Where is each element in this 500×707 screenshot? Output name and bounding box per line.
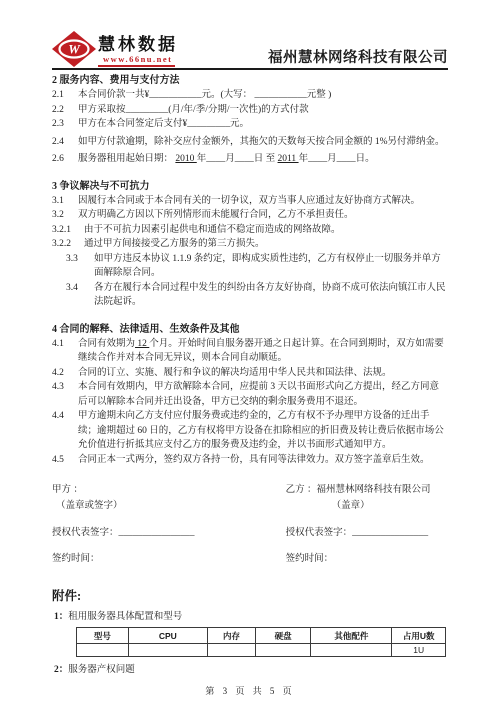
company-logo: W 慧林数据 www.66nu.net xyxy=(52,31,178,67)
clause-number: 3.4 xyxy=(66,281,94,310)
cell-memory xyxy=(207,644,255,657)
clause-text: 甲方逾期未向乙方支付应付服务费或违约金的，乙方有权不予办理甲方设备的迁出手续；逾… xyxy=(78,409,448,453)
cell-cpu xyxy=(128,644,207,657)
clause-text: 合同有效期为 12 个月。开始时间自服务器开通之日起计算。在合同到期时，双方如需… xyxy=(78,337,448,366)
clause-4-2: 4.2 合同的订立、实施、履行和争议的解决均适用中华人民共和国法律、法规。 xyxy=(52,366,448,381)
attachments-section: 附件: 1： 租用服务器具体配置和型号 型号 CPU 内存 硬盘 其他配件 占用… xyxy=(52,588,448,677)
clause-2-6: 2.6 服务器租用起始日期： 2010 年____月____日 至 2011 年… xyxy=(52,152,448,167)
section-legal: 4 合同的解释、法律适用、生效条件及其他 4.1 合同有效期为 12 个月。开始… xyxy=(52,322,448,468)
section-heading: 4 合同的解释、法律适用、生效条件及其他 xyxy=(52,322,448,337)
clause-2-4: 2.4 如甲方付款逾期，除补交应付金额外，其拖欠的天数每天按合同金额的 1%另付… xyxy=(52,135,448,150)
attachment-text: 服务器产权问题 xyxy=(68,663,135,677)
party-b-signature-line: 授权代表签字：________________ xyxy=(286,526,448,540)
clause-number: 2.1 xyxy=(52,88,78,103)
clause-2-3: 2.3 甲方在本合同签定后支付¥_________元。 xyxy=(52,117,448,132)
company-name: 福州慧林网络科技有限公司 xyxy=(268,49,448,67)
attachment-item-2: 2： 服务器产权问题 xyxy=(52,663,448,677)
clause-2-1: 2.1 本合同价款一共¥___________元。(大写： __________… xyxy=(52,88,448,103)
attachment-text: 租用服务器具体配置和型号 xyxy=(68,610,182,624)
clause-number: 3.2 xyxy=(52,208,78,223)
col-other-parts: 其他配件 xyxy=(311,628,392,644)
clause-2-2: 2.2 甲方采取按_________(月/年/季/分期/一次性)的方式付款 xyxy=(52,103,448,118)
clause-text: 如甲方违反本协议 1.1.9 条约定，即构成实质性违约，乙方有权停止一切服务并单… xyxy=(94,252,448,281)
logo-letter: W xyxy=(68,42,81,57)
section-disputes: 3 争议解决与不可抗力 3.1 因履行本合同或于本合同有关的一切争议，双方当事人… xyxy=(52,179,448,310)
term-months-field: 12 xyxy=(135,339,149,349)
party-a-seal-note: （盖章或签字） xyxy=(52,499,286,513)
clause-number: 2.2 xyxy=(52,103,78,118)
clause-number: 4.5 xyxy=(52,453,78,468)
party-b-column: 乙方 ：福州慧林网络科技有限公司 （盖章） 授权代表签字：___________… xyxy=(286,483,448,566)
clause-4-1: 4.1 合同有效期为 12 个月。开始时间自服务器开通之日起计算。在合同到期时，… xyxy=(52,337,448,366)
clause-3-3: 3.3 如甲方违反本协议 1.1.9 条约定，即构成实质性违约，乙方有权停止一切… xyxy=(52,252,448,281)
clause-3-2: 3.2 双方明确乙方因以下所列情形而未能履行合同，乙方不承担责任。 xyxy=(52,208,448,223)
party-a-column: 甲方 ： （盖章或签字） 授权代表签字：________________ 签约时… xyxy=(52,483,286,566)
party-b-date-line: 签约时间： xyxy=(286,552,448,566)
clause-number: 3.2.1 xyxy=(52,223,84,238)
col-cpu: CPU xyxy=(128,628,207,644)
attachments-title: 附件: xyxy=(52,588,448,604)
clause-text: 因履行本合同或于本合同有关的一切争议，双方当事人应通过友好协商方式解决。 xyxy=(78,194,448,209)
clause-3-2-1: 3.2.1 由于不可抗力因素引起供电和通信不稳定而造成的网络故障。 xyxy=(52,223,448,238)
clause-number: 3.3 xyxy=(66,252,94,281)
clause-text: 如甲方付款逾期，除补交应付金额外，其拖欠的天数每天按合同金额的 1%另付滞纳金。 xyxy=(78,135,448,150)
clause-3-4: 3.4 各方在履行本合同过程中发生的纠纷由各方友好协商，协商不成可依法向镇江市人… xyxy=(52,281,448,310)
clause-text: 服务器租用起始日期： 2010 年____月____日 至 2011 年____… xyxy=(78,152,448,167)
clause-text: 合同正本一式两分，签约双方各持一份，具有同等法律效力。双方签字盖章后生效。 xyxy=(78,453,448,468)
clause-number: 3.2.2 xyxy=(52,237,84,252)
table-row: 1U xyxy=(77,644,446,657)
col-memory: 内存 xyxy=(207,628,255,644)
logo-diamond-icon: W xyxy=(52,31,96,67)
section-payment: 2 服务内容、费用与支付方法 2.1 本合同价款一共¥___________元。… xyxy=(52,73,448,167)
clause-number: 2.4 xyxy=(52,135,78,150)
clause-text: 通过甲方间接接受乙方服务的第三方损失。 xyxy=(84,237,448,252)
clause-text: 本合同价款一共¥___________元。(大写： ___________元整 … xyxy=(78,88,448,103)
clause-number: 4.2 xyxy=(52,366,78,381)
logo-text: 慧林数据 www.66nu.net xyxy=(98,35,178,67)
cell-u-count: 1U xyxy=(392,644,446,657)
clause-text: 本合同有效期内，甲方欲解除本合同，应提前 3 天以书面形式向乙方提出，经乙方同意… xyxy=(78,380,448,409)
party-b-seal-note: （盖章） xyxy=(286,499,448,513)
clause-number: 4.4 xyxy=(52,409,78,453)
clause-number: 4.3 xyxy=(52,380,78,409)
party-a-date-line: 签约时间： xyxy=(52,552,286,566)
col-model: 型号 xyxy=(77,628,129,644)
page-header: W 慧林数据 www.66nu.net 福州慧林网络科技有限公司 xyxy=(52,24,448,70)
page-number: 第 3 页 共 5 页 xyxy=(52,685,448,698)
clause-3-2-2: 3.2.2 通过甲方间接接受乙方服务的第三方损失。 xyxy=(52,237,448,252)
clause-4-4: 4.4 甲方逾期未向乙方支付应付服务费或违约金的，乙方有权不予办理甲方设备的迁出… xyxy=(52,409,448,453)
attachment-number: 2： xyxy=(52,663,68,677)
col-u-count: 占用U数 xyxy=(392,628,446,644)
signature-block: 甲方 ： （盖章或签字） 授权代表签字：________________ 签约时… xyxy=(52,483,448,566)
clause-text: 由于不可抗力因素引起供电和通信不稳定而造成的网络故障。 xyxy=(84,223,448,238)
cell-other-parts xyxy=(311,644,392,657)
section-heading: 3 争议解决与不可抗力 xyxy=(52,179,448,194)
clause-number: 4.1 xyxy=(52,337,78,366)
clause-number: 3.1 xyxy=(52,194,78,209)
cell-model xyxy=(77,644,129,657)
clause-text: 甲方采取按_________(月/年/季/分期/一次性)的方式付款 xyxy=(78,103,448,118)
party-a-signature-line: 授权代表签字：________________ xyxy=(52,526,286,540)
cell-disk xyxy=(255,644,310,657)
clause-number: 2.6 xyxy=(52,152,78,167)
clause-3-1: 3.1 因履行本合同或于本合同有关的一切争议，双方当事人应通过友好协商方式解决。 xyxy=(52,194,448,209)
clause-text: 合同的订立、实施、履行和争议的解决均适用中华人民共和国法律、法规。 xyxy=(78,366,448,381)
contract-page: W 慧林数据 www.66nu.net 福州慧林网络科技有限公司 2 服务内容、… xyxy=(0,0,500,707)
section-heading: 2 服务内容、费用与支付方法 xyxy=(52,73,448,88)
clause-number: 2.3 xyxy=(52,117,78,132)
attachment-number: 1： xyxy=(52,610,68,624)
attachment-item-1: 1： 租用服务器具体配置和型号 xyxy=(52,610,448,624)
brand-url: www.66nu.net xyxy=(98,54,175,67)
party-a-label: 甲方 ： xyxy=(52,483,286,497)
year-start-field: 2010 xyxy=(175,154,196,164)
clause-text: 双方明确乙方因以下所列情形而未能履行合同，乙方不承担责任。 xyxy=(78,208,448,223)
table-header-row: 型号 CPU 内存 硬盘 其他配件 占用U数 xyxy=(77,628,446,644)
brand-name: 慧林数据 xyxy=(98,35,178,54)
clause-text: 甲方在本合同签定后支付¥_________元。 xyxy=(78,117,448,132)
clause-text: 各方在履行本合同过程中发生的纠纷由各方友好协商，协商不成可依法向镇江市人民法院起… xyxy=(94,281,448,310)
server-config-table: 型号 CPU 内存 硬盘 其他配件 占用U数 1U xyxy=(76,627,446,657)
col-disk: 硬盘 xyxy=(255,628,310,644)
party-b-label: 乙方 ：福州慧林网络科技有限公司 xyxy=(286,483,448,497)
year-end-field: 2011 xyxy=(278,154,299,164)
clause-4-5: 4.5 合同正本一式两分，签约双方各持一份，具有同等法律效力。双方签字盖章后生效… xyxy=(52,453,448,468)
clause-4-3: 4.3 本合同有效期内，甲方欲解除本合同，应提前 3 天以书面形式向乙方提出，经… xyxy=(52,380,448,409)
